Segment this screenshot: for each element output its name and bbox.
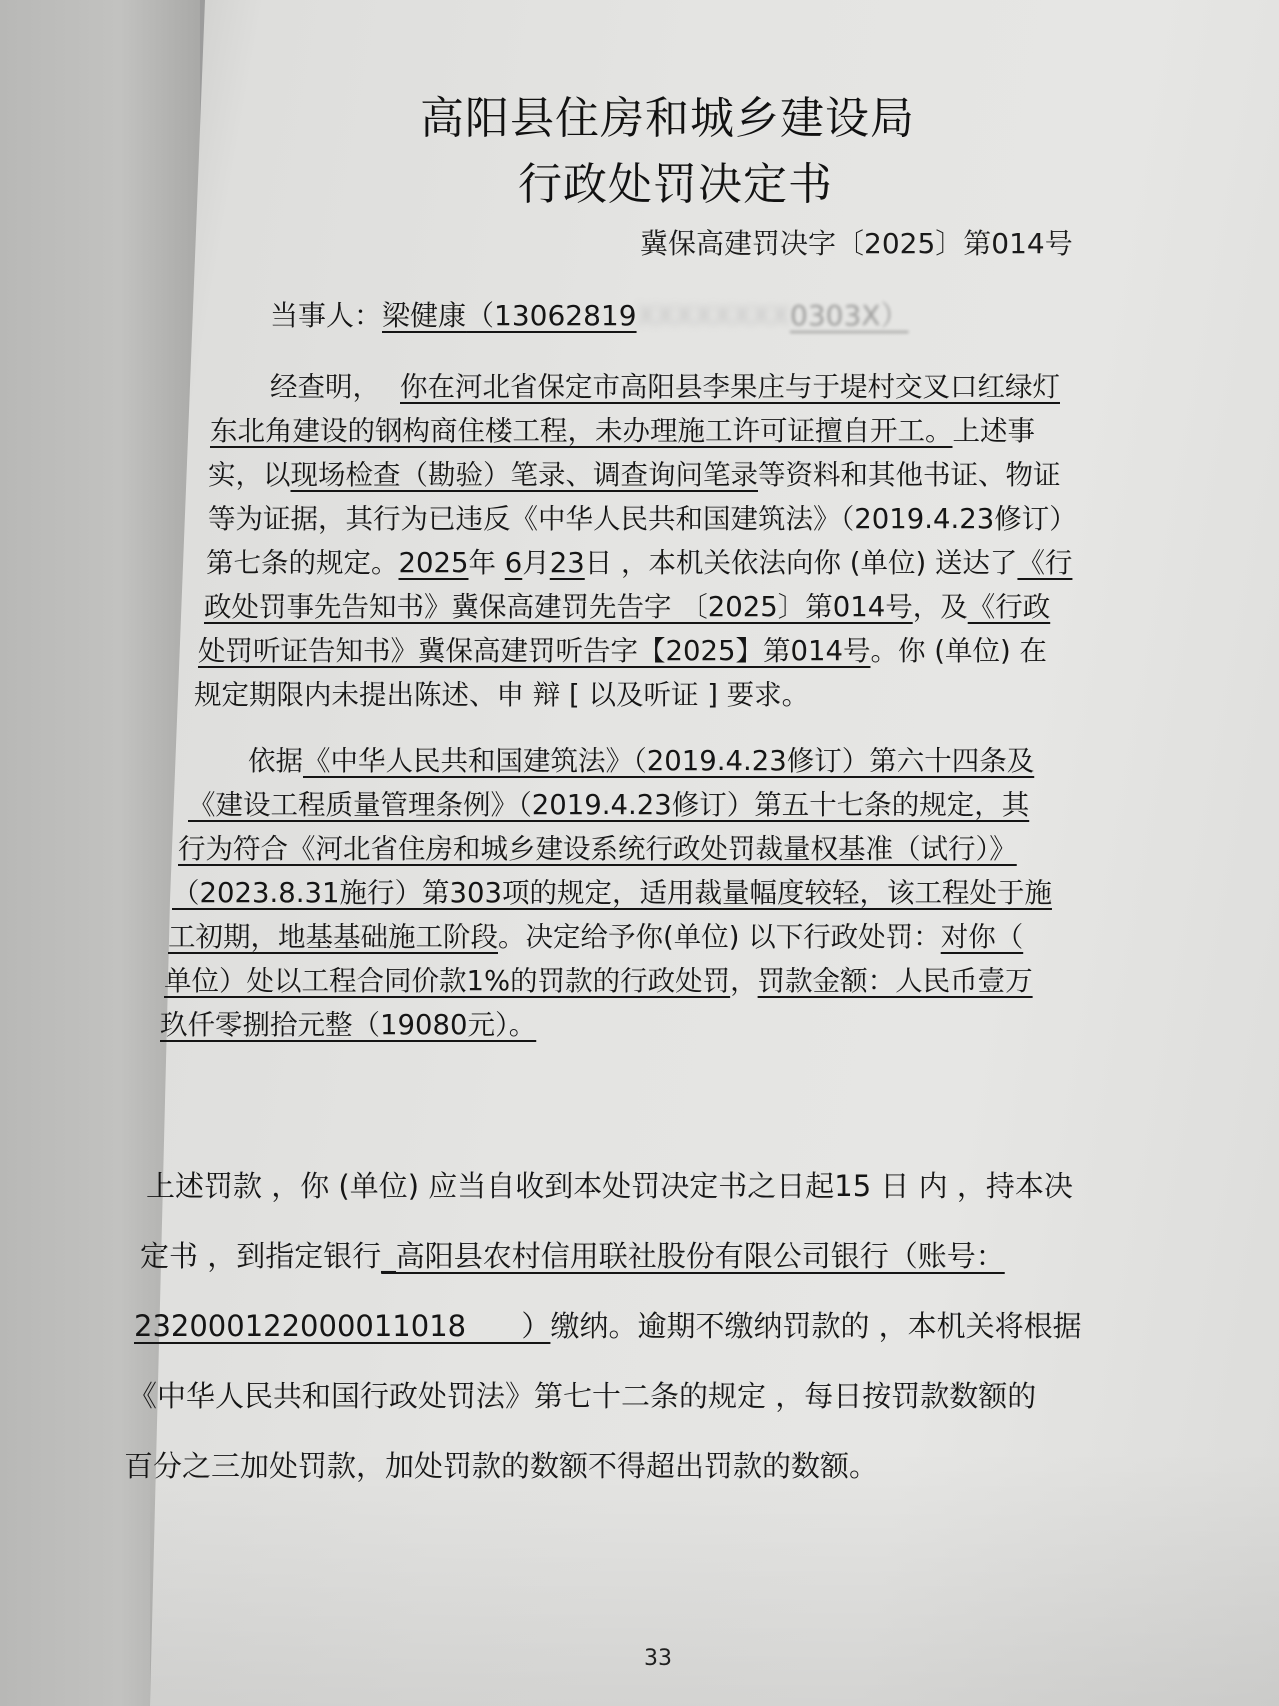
issuer-heading: 高阳县住房和城乡建设局 bbox=[420, 82, 915, 146]
p1-line-2: 东北角建设的钢构商住楼工程，未办理施工许可证擅自开工。上述事 bbox=[210, 408, 1035, 448]
p3-line-3: 232000122000011018 ）缴纳。逾期不缴纳罚款的 ，本机关将根据 bbox=[134, 1304, 1082, 1345]
party-id-prefix: （13062819 bbox=[466, 299, 637, 332]
p1-line-1: 经查明，你在河北省保定市高阳县李果庄与于堤村交叉口红绿灯 bbox=[270, 364, 1060, 404]
p1-line-4: 等为证据，其行为已违反《中华人民共和国建筑法》（2019.4.23修订） bbox=[208, 496, 1077, 536]
p2-line-3: 行为符合《河北省住房和城乡建设系统行政处罚裁量权基准（试行）》 bbox=[178, 826, 1017, 866]
party-line: 当事人：梁健康（13062819XXXXXXXX0303X） bbox=[270, 294, 908, 334]
p3-line-1: 上述罚款 ，你 (单位) 应当自收到本处罚决定书之日起15 日 内 ，持本决 bbox=[146, 1164, 1073, 1205]
p2-line-2: 《建设工程质量管理条例》（2019.4.23修订）第五十七条的规定，其 bbox=[188, 782, 1029, 822]
p3-line-5: 百分之三加处罚款，加处罚款的数额不得超出罚款的数额。 bbox=[124, 1444, 878, 1485]
party-id-redacted: XXXXXXXX bbox=[637, 299, 790, 332]
party-name-id: 梁健康（13062819XXXXXXXX0303X） bbox=[382, 299, 908, 332]
bank-name: _高阳县农村信用联社股份有限公司银行（账号： bbox=[381, 1239, 1005, 1273]
p1-line-5: 第七条的规定。2025年 6月23日 ，本机关依法向你 (单位) 送达了《行 bbox=[206, 540, 1072, 580]
p2-line-5: 工初期，地基基础施工阶段。决定给予你(单位) 以下行政处罚：对你（ bbox=[168, 914, 1023, 954]
p1-line-6: 政处罚事先告知书》冀保高建罚先告字 〔2025〕第014号，及《行政 bbox=[204, 584, 1050, 624]
p2-line-7: 玖仟零捌拾元整（19080元）。 bbox=[160, 1002, 536, 1042]
party-name: 梁健康 bbox=[382, 299, 466, 332]
fine-amount-text: 玖仟零捌拾元整（19080元）。 bbox=[160, 1009, 536, 1041]
p3-line-2: 定书 ，到指定银行_高阳县农村信用联社股份有限公司银行（账号： bbox=[140, 1234, 1005, 1275]
page-number: 33 bbox=[644, 1646, 672, 1671]
p2-line-6: 单位）处以工程合同价款1%的罚款的行政处罚，罚款金额：人民币壹万 bbox=[164, 958, 1033, 998]
p1-line-8: 规定期限内未提出陈述、申 辩 [ 以及听证 ] 要求。 bbox=[194, 672, 809, 712]
p1-line-3: 实，以现场检查（勘验）笔录、调查询问笔录等资料和其他书证、物证 bbox=[208, 452, 1061, 492]
p2-line-4: （2023.8.31施行）第303项的规定，适用裁量幅度较轻，该工程处于施 bbox=[172, 870, 1052, 910]
party-id-suffix: 0303X） bbox=[790, 299, 908, 332]
document-number: 冀保高建罚决字〔2025〕第014号 bbox=[640, 222, 1073, 262]
document-title: 行政处罚决定书 bbox=[518, 148, 833, 212]
p1-line-7: 处罚听证告知书》冀保高建罚听告字【2025】第014号。你 (单位) 在 bbox=[198, 628, 1047, 668]
p3-line-4: 《中华人民共和国行政处罚法》第七十二条的规定 ，每日按罚款数额的 bbox=[128, 1374, 1036, 1415]
bank-account: 232000122000011018 ） bbox=[134, 1309, 550, 1343]
party-label: 当事人： bbox=[270, 299, 382, 332]
p2-line-1: 依据《中华人民共和国建筑法》（2019.4.23修订）第六十四条及 bbox=[248, 738, 1034, 778]
